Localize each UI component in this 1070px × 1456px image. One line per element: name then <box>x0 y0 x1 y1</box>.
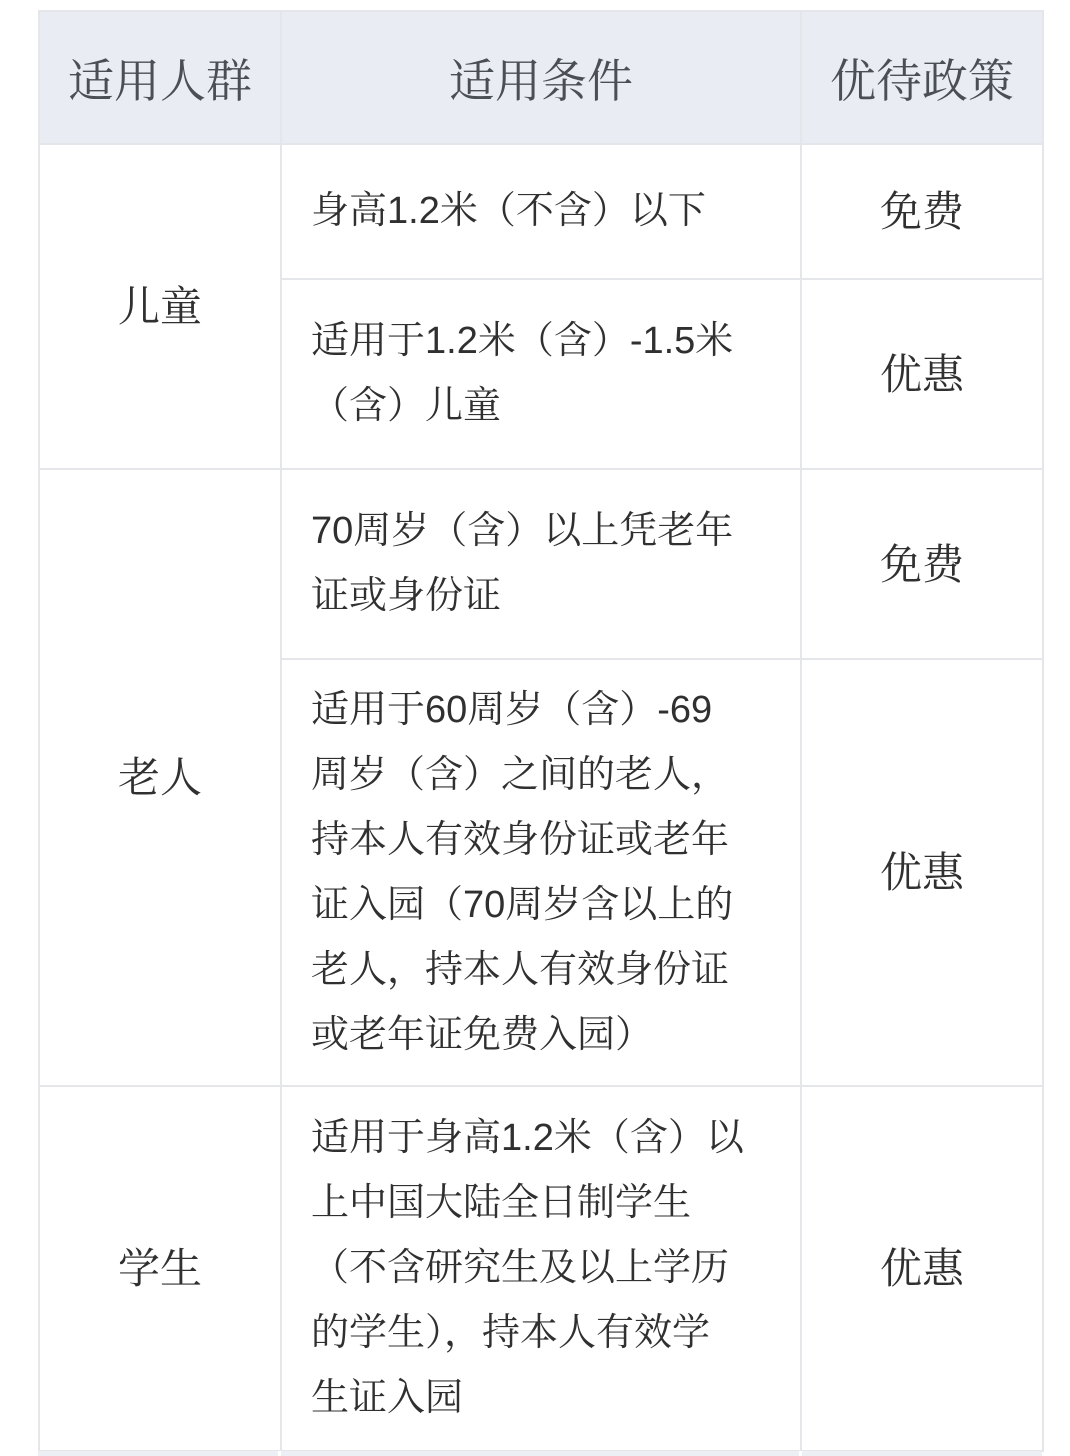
policy-cell: 免费 <box>801 469 1043 659</box>
table-row: 老人 70周岁（含）以上凭老年证或身份证 免费 <box>39 469 1043 659</box>
header-cell-group: 适用人群 <box>39 11 281 144</box>
group-cell-children: 儿童 <box>39 144 281 469</box>
ticket-policy-table: 适用人群 适用条件 优待政策 儿童 身高1.2米（不含）以下 免费 适用于1.2… <box>38 10 1042 1452</box>
policy-cell: 免费 <box>801 144 1043 279</box>
group-cell-student: 学生 <box>39 1086 281 1451</box>
table-row: 学生 适用于身高1.2米（含）以上中国大陆全日制学生（不含研究生及以上学历的学生… <box>39 1086 1043 1451</box>
header-cell-policy: 优待政策 <box>801 11 1043 144</box>
policy-cell: 优惠 <box>801 1086 1043 1451</box>
table-row: 儿童 身高1.2米（不含）以下 免费 <box>39 144 1043 279</box>
policy-cell: 优惠 <box>801 659 1043 1086</box>
condition-cell: 70周岁（含）以上凭老年证或身份证 <box>281 469 801 659</box>
condition-cell: 适用于1.2米（含）-1.5米（含）儿童 <box>281 279 801 469</box>
group-cell-elderly: 老人 <box>39 469 281 1086</box>
header-cell-condition: 适用条件 <box>281 11 801 144</box>
condition-cell: 适用于60周岁（含）-69周岁（含）之间的老人，持本人有效身份证或老年证入园（7… <box>281 659 801 1086</box>
condition-cell: 适用于身高1.2米（含）以上中国大陆全日制学生（不含研究生及以上学历的学生），持… <box>281 1086 801 1451</box>
table-header-row: 适用人群 适用条件 优待政策 <box>39 11 1043 144</box>
policy-cell: 优惠 <box>801 279 1043 469</box>
condition-cell: 身高1.2米（不含）以下 <box>281 144 801 279</box>
next-row-peek <box>38 1451 1042 1456</box>
